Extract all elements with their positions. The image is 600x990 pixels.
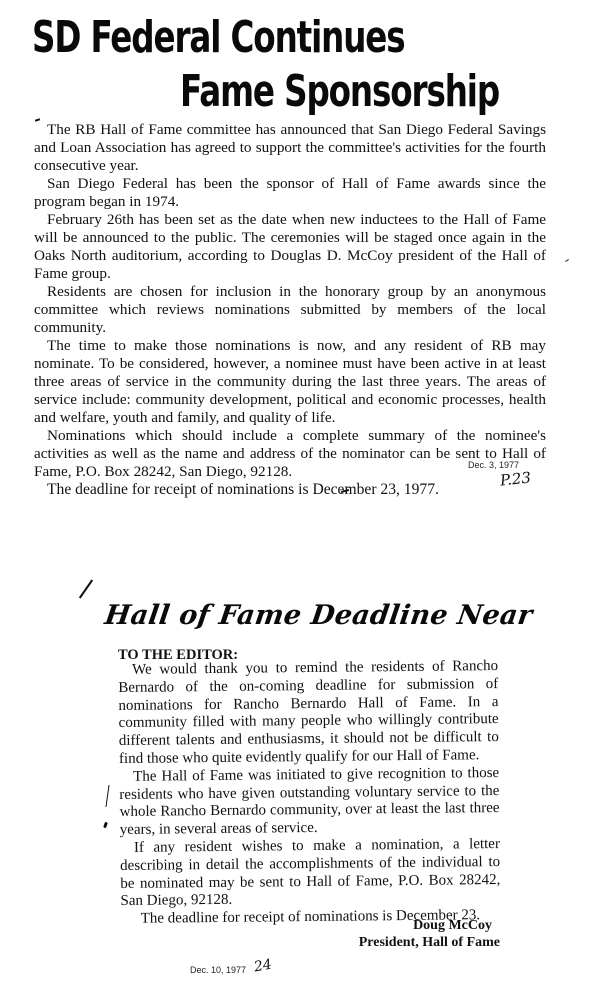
article1-paragraph: Residents are chosen for inclusion in th… <box>34 283 546 337</box>
article1-paragraph: The time to make those nominations is no… <box>34 337 546 427</box>
article1-paragraph: The RB Hall of Fame committee has announ… <box>34 121 546 175</box>
article2-signature-title: President, Hall of Fame <box>330 935 500 951</box>
article2-paragraph: The Hall of Fame was initiated to give r… <box>119 765 500 840</box>
pen-mark <box>79 579 93 598</box>
article1-paragraph: February 26th has been set as the date w… <box>34 211 546 283</box>
article2-title: Hall of Fame Deadline Near <box>103 600 535 631</box>
article1-headline-line2: Fame Sponsorship <box>180 70 499 114</box>
article1-body: The RB Hall of Fame committee has announ… <box>34 121 546 499</box>
article2-body: We would thank you to remind the residen… <box>118 658 501 929</box>
article1-paragraph: The deadline for receipt of nominations … <box>34 481 546 499</box>
article2-paragraph: We would thank you to remind the residen… <box>118 658 499 769</box>
article1-paragraph: Nominations which should include a compl… <box>34 427 546 481</box>
article2-page-note: 24 <box>253 957 273 976</box>
article1-paragraph: San Diego Federal has been the sponsor o… <box>34 175 546 211</box>
article1-headline-line1: SD Federal Continues <box>32 16 405 60</box>
article2-signature-name: Doug McCoy <box>380 918 492 934</box>
scan-mark <box>565 259 569 262</box>
article1-page-note: P.23 <box>499 468 532 489</box>
pen-mark <box>103 822 108 829</box>
pen-mark <box>105 785 109 807</box>
article1-dateline: Dec. 3, 1977 <box>468 460 519 470</box>
article2-paragraph: If any resident wishes to make a nominat… <box>120 836 501 911</box>
article2-dateline: Dec. 10, 1977 <box>190 965 246 975</box>
